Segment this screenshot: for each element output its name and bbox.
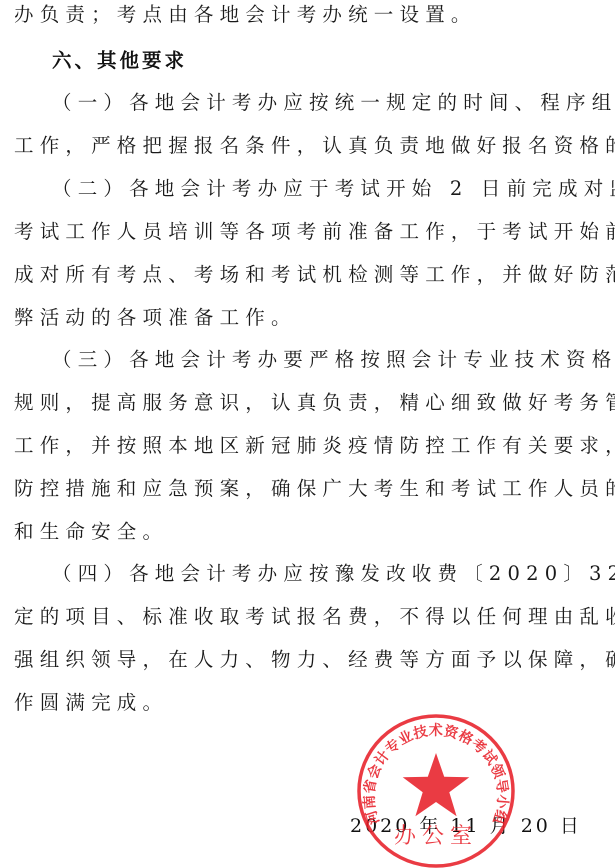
paragraph-line: （三）各地会计考办要严格按照会计专业技术资格考试相关 — [52, 349, 615, 371]
paragraph-line: 办负责；考点由各地会计考办统一设置。 — [14, 4, 604, 26]
paragraph-line: 强组织领导，在人力、物力、经费等方面予以保障，确保考试工 — [14, 649, 604, 671]
paragraph-line: 工作，严格把握报名条件，认真负责地做好报名资格的审核工作。 — [14, 135, 604, 157]
paragraph-line: 成对所有考点、考场和考试机检测等工作，并做好防范和打击作 — [14, 264, 604, 286]
paragraph-line: 考试工作人员培训等各项考前准备工作，于考试开始前 1 日内完 — [14, 221, 604, 243]
paragraph-line: 定的项目、标准收取考试报名费，不得以任何理由乱收费；要加 — [14, 606, 604, 628]
official-seal: 河南省会计专业技术资格考试领导小组 办公室 — [356, 711, 516, 868]
paragraph-line: （四）各地会计考办应按豫发改收费〔2020〕326 号文件规 — [52, 563, 615, 585]
paragraph-line: 和生命安全。 — [14, 521, 604, 543]
paragraph-line: 工作，并按照本地区新冠肺炎疫情防控工作有关要求，制定疫情 — [14, 435, 604, 457]
star-icon — [403, 753, 470, 816]
paragraph-line: 规则，提高服务意识，认真负责，精心细致做好考务管理各环节 — [14, 392, 604, 414]
document-page: 办负责；考点由各地会计考办统一设置。 六、其他要求 （一）各地会计考办应按统一规… — [0, 0, 615, 868]
section-heading: 六、其他要求 — [52, 50, 615, 72]
paragraph-line: （二）各地会计考办应于考试开始 2 日前完成对监考人员、 — [52, 178, 615, 200]
paragraph-line: （一）各地会计考办应按统一规定的时间、程序组织网上报名 — [52, 92, 615, 114]
paragraph-line: 弊活动的各项准备工作。 — [14, 307, 604, 329]
paragraph-line: 防控措施和应急预案，确保广大考生和考试工作人员的身体健康 — [14, 478, 604, 500]
seal-bottom-text: 办公室 — [394, 824, 478, 849]
